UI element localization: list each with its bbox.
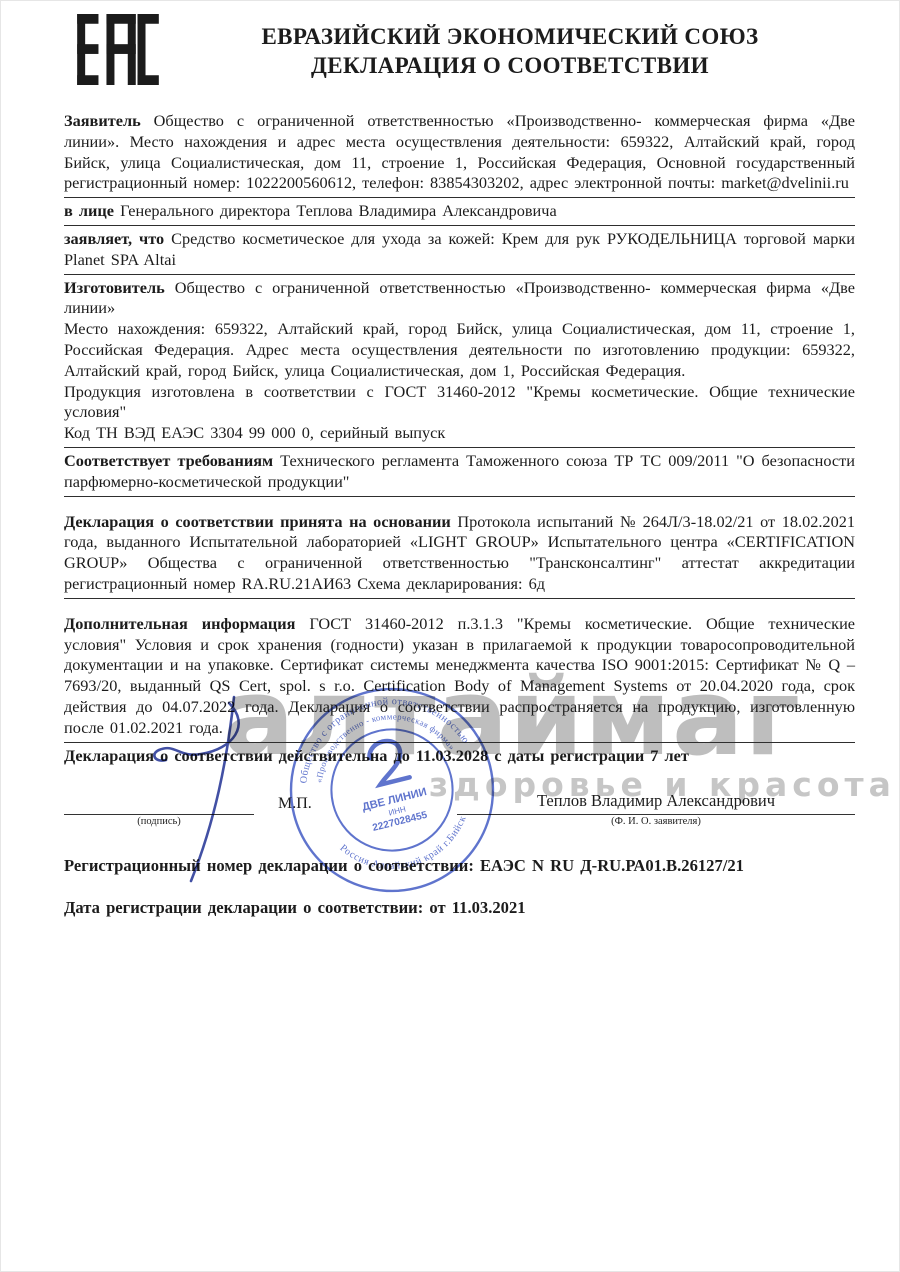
manufacturer-name: Общество с ограниченной ответственностью…	[64, 278, 855, 318]
document-title: ЕВРАЗИЙСКИЙ ЭКОНОМИЧЕСКИЙ СОЮЗ ДЕКЛАРАЦИ…	[1, 23, 899, 81]
in-person-label: в лице	[64, 201, 114, 220]
registration-date-line: Дата регистрации декларации о соответств…	[64, 898, 855, 919]
section-basis: Декларация о соответствии принята на осн…	[64, 512, 855, 595]
divider	[64, 447, 855, 448]
section-manufacturer: Изготовитель Общество с ограниченной отв…	[64, 278, 855, 320]
divider	[64, 225, 855, 226]
compliance-label: Соответствует требованиям	[64, 451, 273, 470]
divider	[64, 274, 855, 275]
declaration-document: алтаймаг здоровье и красота ЕВРАЗИЙСКИЙ …	[0, 0, 900, 1272]
signature-stroke	[191, 697, 234, 881]
section-applicant: Заявитель Общество с ограниченной ответс…	[64, 111, 855, 194]
applicant-name-caption: (Ф. И. О. заявителя)	[457, 815, 855, 829]
manufacturer-address: Место нахождения: 659322, Алтайский край…	[64, 319, 855, 381]
divider	[64, 598, 855, 599]
manufacturer-gost: Продукция изготовлена в соответствии с Г…	[64, 382, 855, 424]
title-line-1: ЕВРАЗИЙСКИЙ ЭКОНОМИЧЕСКИЙ СОЮЗ	[121, 23, 899, 52]
declares-label: заявляет, что	[64, 229, 164, 248]
basis-label: Декларация о соответствии принята на осн…	[64, 512, 451, 531]
section-declares: заявляет, что Средство косметическое для…	[64, 229, 855, 271]
declares-text: Средство косметическое для ухода за коже…	[64, 229, 855, 269]
applicant-name-area: Теплов Владимир Александрович (Ф. И. О. …	[457, 791, 855, 829]
section-compliance: Соответствует требованиям Технического р…	[64, 451, 855, 493]
additional-info-label: Дополнительная информация	[64, 614, 295, 633]
manufacturer-label: Изготовитель	[64, 278, 165, 297]
handwritten-signature	[129, 691, 379, 891]
applicant-full-name: Теплов Владимир Александрович	[457, 791, 855, 815]
applicant-text: Общество с ограниченной ответственностью…	[64, 111, 855, 192]
applicant-label: Заявитель	[64, 111, 141, 130]
title-line-2: ДЕКЛАРАЦИЯ О СООТВЕТСТВИИ	[121, 52, 899, 81]
manufacturer-tnved: Код ТН ВЭД ЕАЭС 3304 99 000 0, серийный …	[64, 423, 855, 444]
section-in-person: в лице Генерального директора Теплова Вл…	[64, 201, 855, 222]
in-person-text: Генерального директора Теплова Владимира…	[120, 201, 557, 220]
divider	[64, 197, 855, 198]
divider	[64, 496, 855, 497]
